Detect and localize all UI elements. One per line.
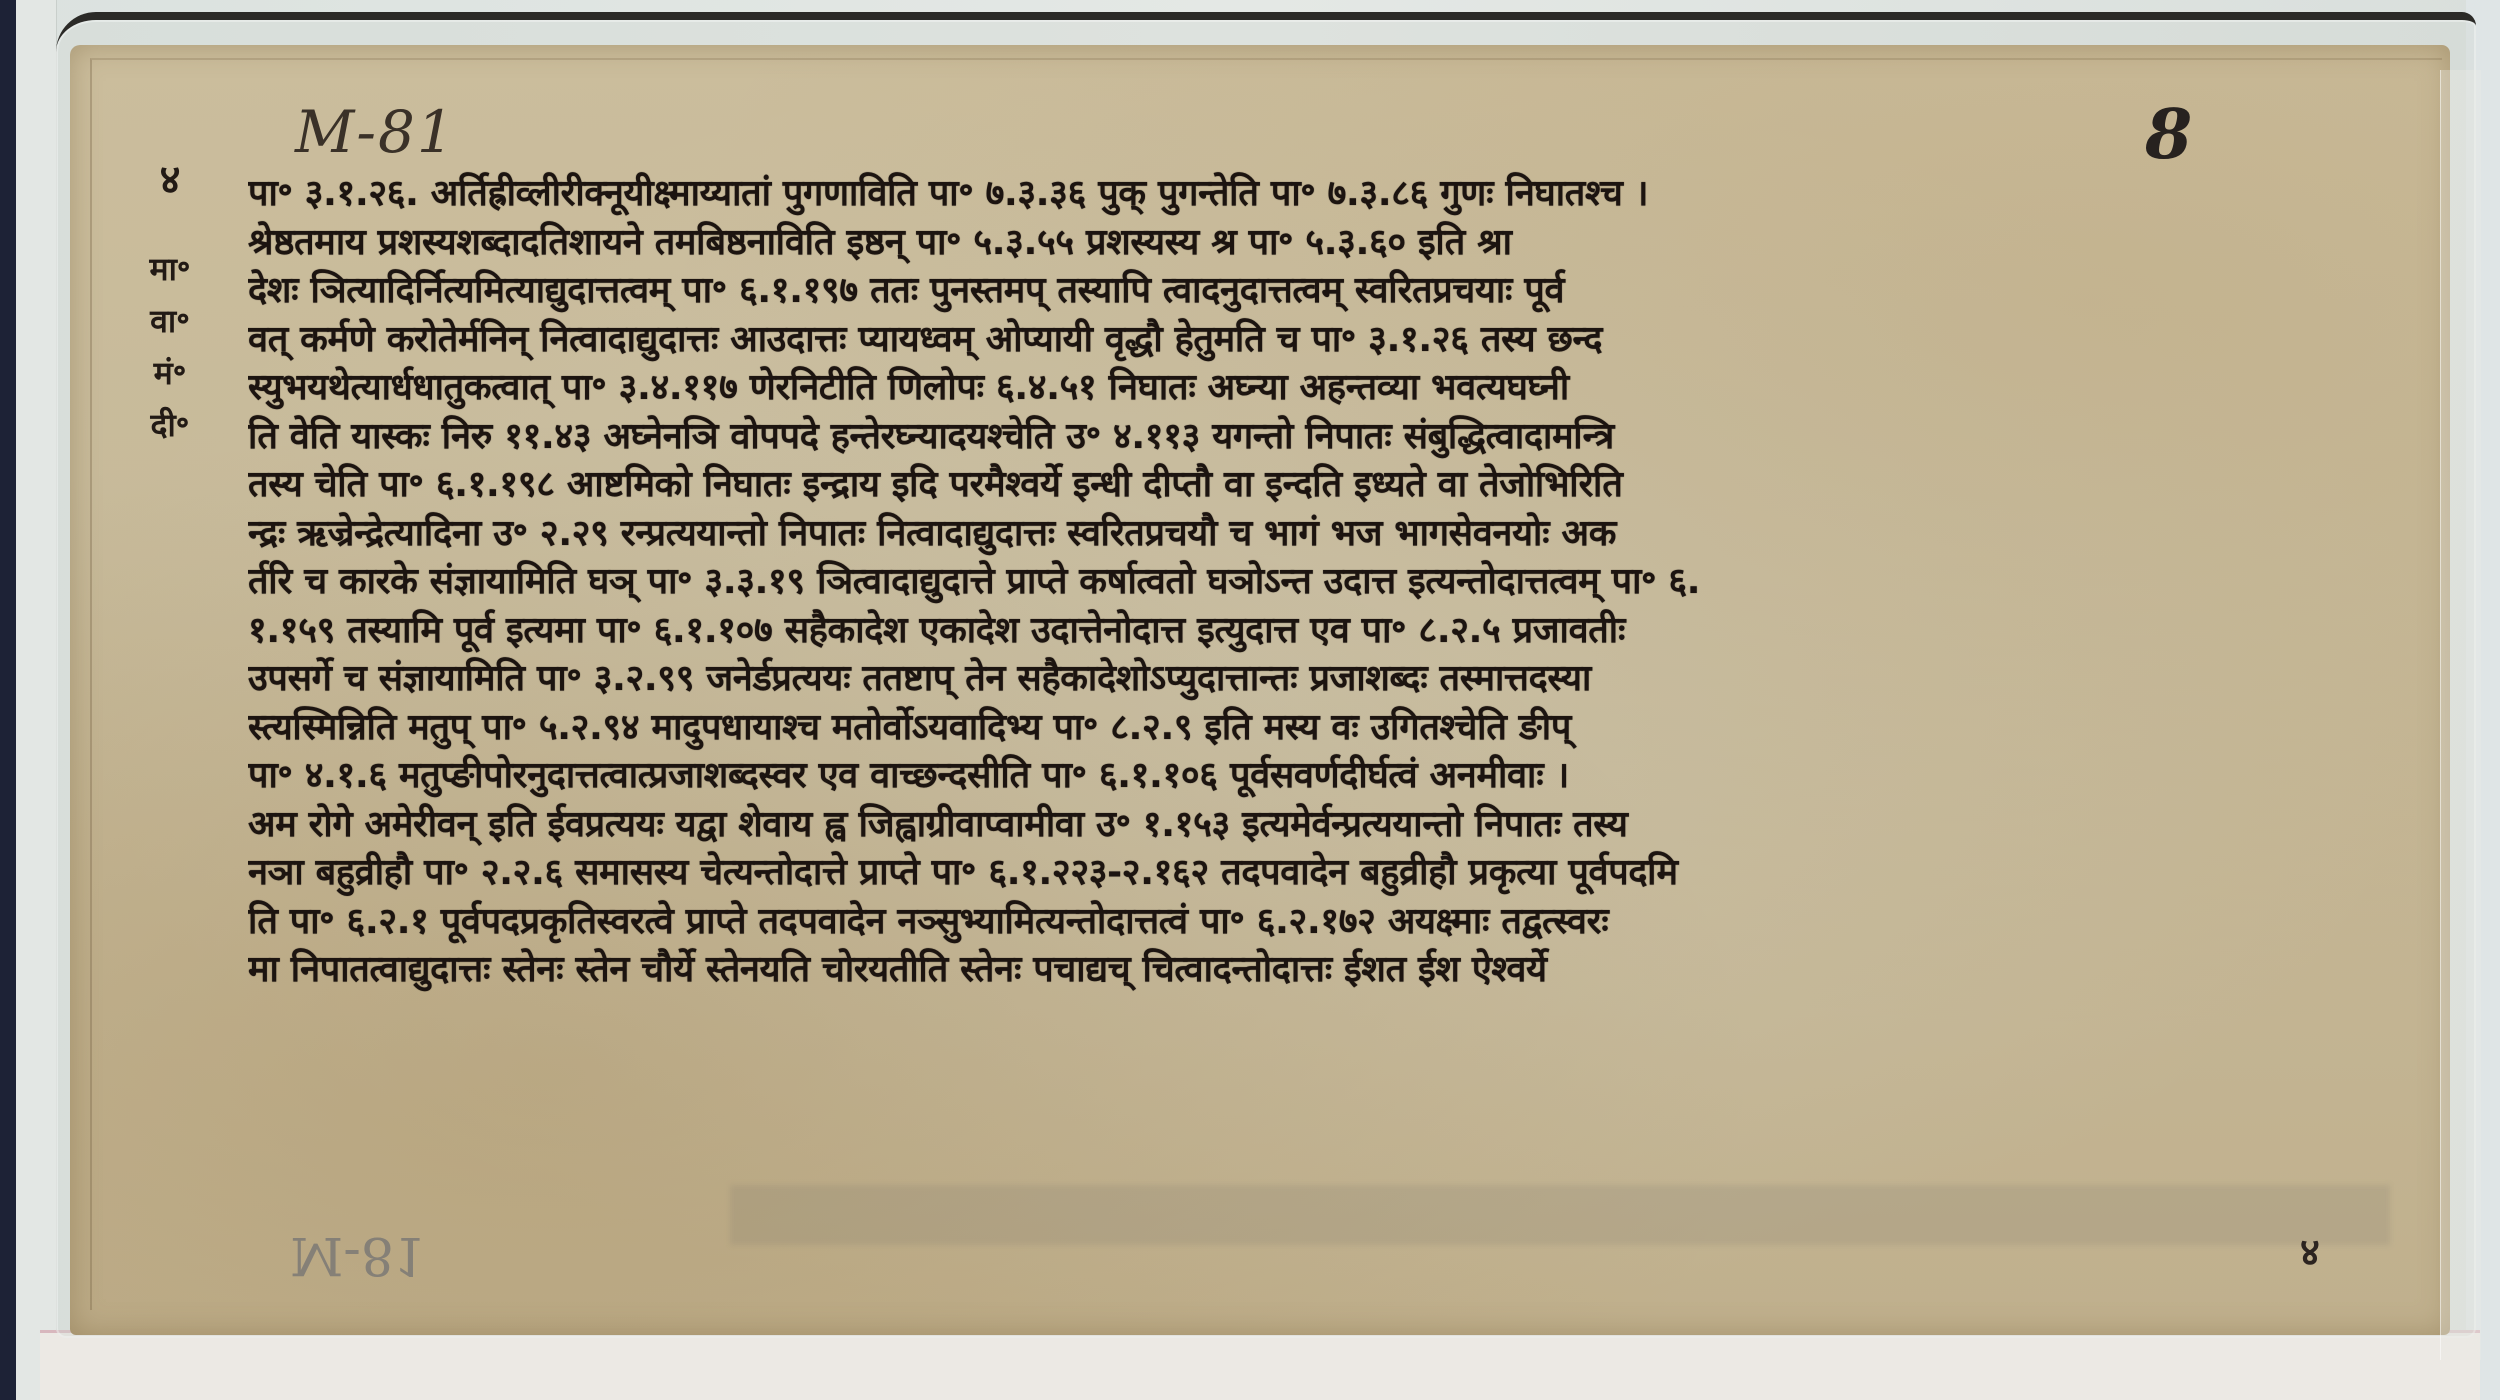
text-line-16: ति पा॰ ६.२.१ पूर्वपदप्रकृतिस्वरत्वे प्रा… (248, 898, 2298, 947)
folio-number-bottom-right: ४ (2300, 1225, 2320, 1277)
margin-abbr-1: मा॰ (149, 243, 190, 295)
mount-sheet-bottom (40, 1330, 2480, 1400)
text-line-10: १.१५९ तस्यामि पूर्व इत्यमा पा॰ ६.१.१०७ स… (248, 607, 2298, 656)
text-line-4: वत् कर्मणे करोतेर्मनिन् नित्वादाद्युदात्… (248, 316, 2298, 365)
text-line-5: स्युभयथेत्यार्धधातुकत्वात् पा॰ ३.४.११७ ण… (248, 364, 2298, 413)
text-line-11: उपसर्गे च संज्ञायामिति पा॰ ३.२.९९ जनेर्ड… (248, 655, 2298, 704)
text-line-9: र्तरि च कारके संज्ञायामिति घञ् पा॰ ३.३.१… (248, 558, 2298, 607)
pencil-reference-top: M-81 (295, 98, 456, 166)
text-line-7: तस्य चेति पा॰ ६.१.१९८ आष्टमिको निघातः इन… (248, 461, 2298, 510)
text-line-1: पा॰ ३.१.२६. अर्तिह्रीव्लीरीक्नूयीक्ष्माय… (248, 170, 2298, 219)
left-margin-notation: ४ मा॰ वा॰ मं॰ दी॰ (140, 150, 200, 451)
dark-binding-strip (0, 0, 16, 1400)
mount-sheet-left (16, 0, 57, 1400)
tape-strip (2440, 70, 2481, 1360)
text-line-13: पा॰ ४.१.६ मतुप्ङीपोरनुदात्तत्वात्प्रजाशब… (248, 752, 2298, 801)
margin-abbr-2: वा॰ (150, 295, 190, 347)
text-line-3: देशः ञित्यादिर्नित्यमित्याद्युदात्तत्वम्… (248, 267, 2298, 316)
text-line-6: ति वेति यास्कः निरु ११.४३ अघ्नेनञि वोपपद… (248, 413, 2298, 462)
text-line-17: मा निपातत्वाद्युदात्तः स्तेनः स्तेन चौर्… (248, 946, 2298, 995)
pencil-reference-bottom: M-81 (290, 1225, 427, 1285)
manuscript-text-block: पा॰ ३.१.२६. अर्तिह्रीव्लीरीक्नूयीक्ष्माय… (248, 170, 2298, 995)
text-line-14: अम रोगे अमेरीवन् इति ईवप्रत्ययः यद्वा शे… (248, 801, 2298, 850)
ink-offset-shadow (730, 1185, 2390, 1245)
text-line-2: श्रेष्ठतमाय प्रशस्यशब्दादतिशायने तमबिष्ठ… (248, 219, 2298, 268)
folio-number-top-right: 8 (2145, 95, 2192, 175)
margin-abbr-3: मं॰ (154, 347, 187, 399)
margin-folio-number: ४ (160, 150, 181, 205)
scan-scene: M-81 8 ४ मा॰ वा॰ मं॰ दी॰ पा॰ ३.१.२६. अर्… (0, 0, 2500, 1400)
text-line-15: नञा बहुव्रीहौ पा॰ २.२.६ समासस्य चेत्यन्त… (248, 849, 2298, 898)
margin-abbr-4: दी॰ (151, 399, 190, 451)
text-line-8: न्द्रः ऋज्रेन्द्रेत्यादिना उ॰ २.२९ रन्प्… (248, 510, 2298, 559)
text-line-12: स्त्यस्मिन्निति मतुप् पा॰ ५.२.९४ मादुपधा… (248, 704, 2298, 753)
